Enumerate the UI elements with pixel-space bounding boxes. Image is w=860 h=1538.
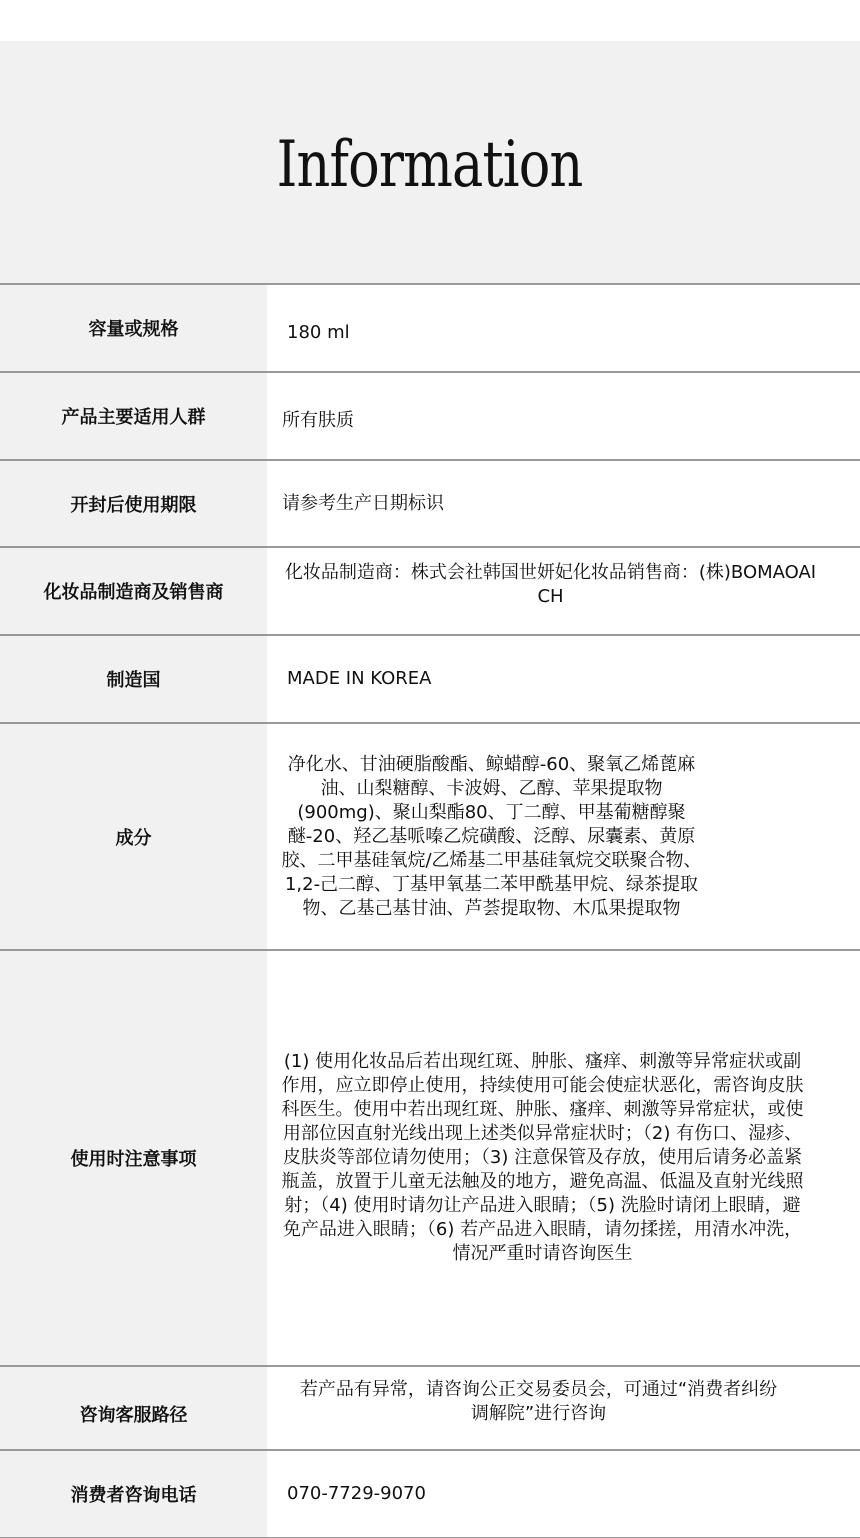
row-value: 净化水、甘油硬脂酸酯、鲸蜡醇-60、聚氧乙烯蓖麻油、山梨糖醇、卡波姆、乙醇、苹果… <box>267 724 860 949</box>
row-value: 所有肤质 <box>267 373 860 459</box>
row-label: 咨询客服路径 <box>0 1367 267 1449</box>
row-value-text: MADE IN KOREA <box>285 667 431 691</box>
row-value: 请参考生产日期标识 <box>267 461 860 546</box>
row-value-text: 所有肤质 <box>282 409 354 433</box>
row-label: 成分 <box>0 724 267 949</box>
row-value: (1) 使用化妆品后若出现红斑、肿胀、瘙痒、刺激等异常症状或副作用，应立即停止使… <box>267 951 860 1365</box>
table-row-manufacturer: 化妆品制造商及销售商 化妆品制造商：株式会社韩国世妍妃化妆品销售商：(株)BOM… <box>0 546 860 634</box>
row-value-text: 化妆品制造商：株式会社韩国世妍妃化妆品销售商：(株)BOMAOAICH <box>281 561 820 609</box>
row-value-text: 180 ml <box>285 321 350 345</box>
row-label: 使用时注意事项 <box>0 951 267 1365</box>
row-value: 180 ml <box>267 285 860 371</box>
row-label: 化妆品制造商及销售商 <box>0 548 267 634</box>
top-spacer <box>0 0 860 41</box>
row-label: 消费者咨询电话 <box>0 1451 267 1537</box>
table-row-target-users: 产品主要适用人群 所有肤质 <box>0 371 860 459</box>
table-row-country: 制造国 MADE IN KOREA <box>0 634 860 722</box>
row-value-text: 净化水、甘油硬脂酸酯、鲸蜡醇-60、聚氧乙烯蓖麻油、山梨糖醇、卡波姆、乙醇、苹果… <box>281 753 702 921</box>
table-row-customer-service: 咨询客服路径 若产品有异常，请咨询公正交易委员会，可通过“消费者纠纷调解院”进行… <box>0 1365 860 1449</box>
row-label: 制造国 <box>0 636 267 722</box>
row-label: 开封后使用期限 <box>0 461 267 546</box>
row-value-text: 若产品有异常，请咨询公正交易委员会，可通过“消费者纠纷调解院”进行咨询 <box>297 1378 780 1426</box>
info-header: Information <box>0 41 860 283</box>
product-info-table: 容量或规格 180 ml 产品主要适用人群 所有肤质 开封后使用期限 请参考生产… <box>0 283 860 1538</box>
table-row-precautions: 使用时注意事项 (1) 使用化妆品后若出现红斑、肿胀、瘙痒、刺激等异常症状或副作… <box>0 949 860 1365</box>
row-value: 若产品有异常，请咨询公正交易委员会，可通过“消费者纠纷调解院”进行咨询 <box>267 1367 860 1449</box>
page-title: Information <box>277 128 583 202</box>
table-row-ingredients: 成分 净化水、甘油硬脂酸酯、鲸蜡醇-60、聚氧乙烯蓖麻油、山梨糖醇、卡波姆、乙醇… <box>0 722 860 949</box>
row-label: 产品主要适用人群 <box>0 373 267 459</box>
phone-number: 070-7729-9070 <box>285 1482 426 1506</box>
row-value-text: 请参考生产日期标识 <box>282 492 444 516</box>
row-value-text: (1) 使用化妆品后若出现红斑、肿胀、瘙痒、刺激等异常症状或副作用，应立即停止使… <box>281 1050 804 1266</box>
table-row-capacity: 容量或规格 180 ml <box>0 283 860 371</box>
row-value: MADE IN KOREA <box>267 636 860 722</box>
row-value: 070-7729-9070 <box>267 1451 860 1537</box>
table-row-phone: 消费者咨询电话 070-7729-9070 <box>0 1449 860 1538</box>
table-row-shelf-life: 开封后使用期限 请参考生产日期标识 <box>0 459 860 546</box>
row-value: 化妆品制造商：株式会社韩国世妍妃化妆品销售商：(株)BOMAOAICH <box>267 548 860 634</box>
row-label: 容量或规格 <box>0 285 267 371</box>
